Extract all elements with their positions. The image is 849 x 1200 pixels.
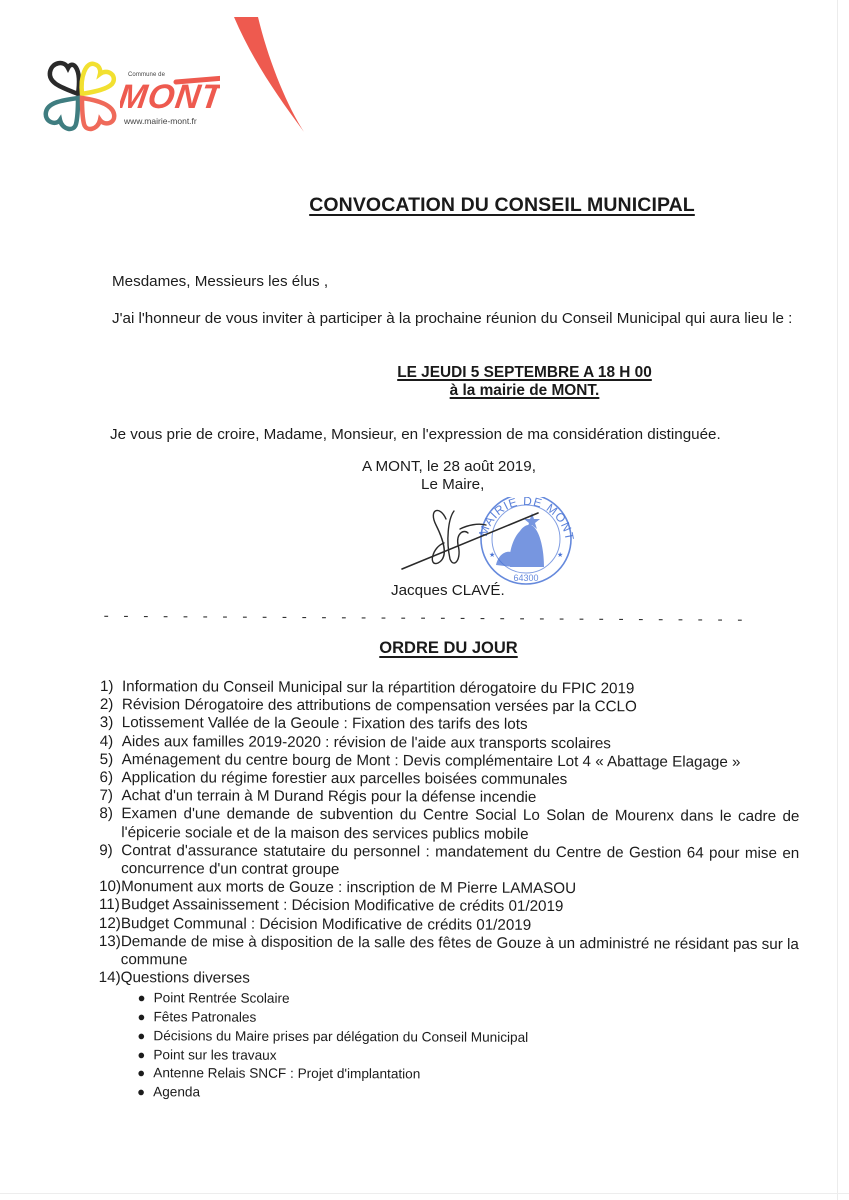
bullet-icon: ● [137, 1083, 145, 1102]
signer-role: Le Maire, [421, 476, 484, 493]
agenda-subitem: ●Agenda [134, 1083, 798, 1105]
closing-paragraph: Je vous prie de croire, Madame, Monsieur… [110, 425, 721, 444]
bullet-icon: ● [137, 1064, 145, 1083]
logo-mont-wordmark: MONT [120, 74, 220, 116]
agenda-subitem-text: Antenne Relais SNCF : Projet d'implantat… [153, 1066, 420, 1082]
agenda-item-text: Demande de mise à disposition de la sall… [121, 933, 799, 972]
agenda-subitem-text: Point sur les travaux [153, 1047, 276, 1063]
agenda-item-number: 7) [99, 787, 121, 805]
bullet-icon: ● [137, 1008, 145, 1027]
page-bottom-edge [0, 1193, 849, 1194]
signer-name: Jacques CLAVÉ. [391, 582, 505, 599]
bullet-icon: ● [138, 990, 146, 1009]
agenda-list: 1)Information du Conseil Municipal sur l… [98, 678, 800, 1105]
agenda-item: 9)Contrat d'assurance statutaire du pers… [99, 842, 799, 881]
agenda-item: 8)Examen d'une demande de subvention du … [99, 805, 799, 844]
agenda-subitem-text: Agenda [153, 1084, 200, 1099]
svg-text:MONT: MONT [120, 78, 220, 116]
agenda-item-number: 12) [99, 915, 121, 933]
agenda-item-number: 10) [99, 878, 121, 896]
bullet-icon: ● [137, 1027, 145, 1046]
official-stamp-icon: MAIRIE DE MONT 64300 ★ ★ [476, 497, 577, 584]
section-separator: - - - - - - - - - - - - - - - - - - - - … [102, 609, 742, 629]
svg-text:64300: 64300 [513, 573, 538, 583]
agenda-item-number: 4) [100, 733, 122, 751]
logo-website: www.mairie-mont.fr [124, 116, 197, 126]
agenda-item-number: 14) [99, 969, 121, 987]
svg-text:★: ★ [557, 551, 563, 559]
agenda-item-number: 1) [100, 678, 122, 696]
agenda-item-number: 5) [100, 751, 122, 769]
bullet-icon: ● [137, 1046, 145, 1065]
meeting-details: LE JEUDI 5 SEPTEMBRE A 18 H 00 à la mair… [0, 364, 849, 400]
salutation: Mesdames, Messieurs les élus , [112, 272, 328, 291]
clover-hearts-icon [42, 58, 118, 134]
intro-paragraph: J'ai l'honneur de vous inviter à partici… [112, 309, 807, 328]
page-edge [837, 0, 838, 1200]
agenda-subitem-text: Point Rentrée Scolaire [154, 991, 290, 1007]
signature-and-stamp: MAIRIE DE MONT 64300 ★ ★ [398, 497, 588, 592]
agenda-item-number: 11) [99, 896, 121, 914]
commune-logo: Commune de MONT www.mairie-mont.fr [38, 14, 318, 139]
agenda-item-number: 9) [99, 842, 121, 860]
meeting-location: à la mairie de MONT. [450, 382, 600, 399]
meeting-date-time: LE JEUDI 5 SEPTEMBRE A 18 H 00 [397, 364, 652, 381]
place-date: A MONT, le 28 août 2019, [362, 458, 536, 475]
agenda-subitem-text: Fêtes Patronales [153, 1009, 256, 1024]
agenda-item-number: 8) [99, 805, 121, 823]
agenda-item-number: 3) [100, 714, 122, 732]
agenda-item: 14)Questions diverses●Point Rentrée Scol… [98, 969, 799, 1104]
agenda-item-text: Contrat d'assurance statutaire du person… [121, 842, 799, 881]
svg-text:★: ★ [489, 551, 495, 559]
questions-diverses-list: ●Point Rentrée Scolaire●Fêtes Patronales… [120, 990, 798, 1105]
agenda-item-text: Questions diverses [121, 969, 799, 990]
red-swoosh-icon [234, 14, 310, 134]
agenda-item: 13)Demande de mise à disposition de la s… [99, 933, 799, 972]
agenda-title: ORDRE DU JOUR [0, 639, 849, 658]
agenda-subitem-text: Décisions du Maire prises par délégation… [153, 1028, 528, 1045]
agenda-item-number: 6) [100, 769, 122, 787]
agenda-item-number: 2) [100, 696, 122, 714]
document-title: CONVOCATION DU CONSEIL MUNICIPAL [0, 194, 849, 217]
agenda-item-text: Examen d'une demande de subvention du Ce… [121, 806, 799, 845]
agenda-item-number: 13) [99, 933, 121, 951]
